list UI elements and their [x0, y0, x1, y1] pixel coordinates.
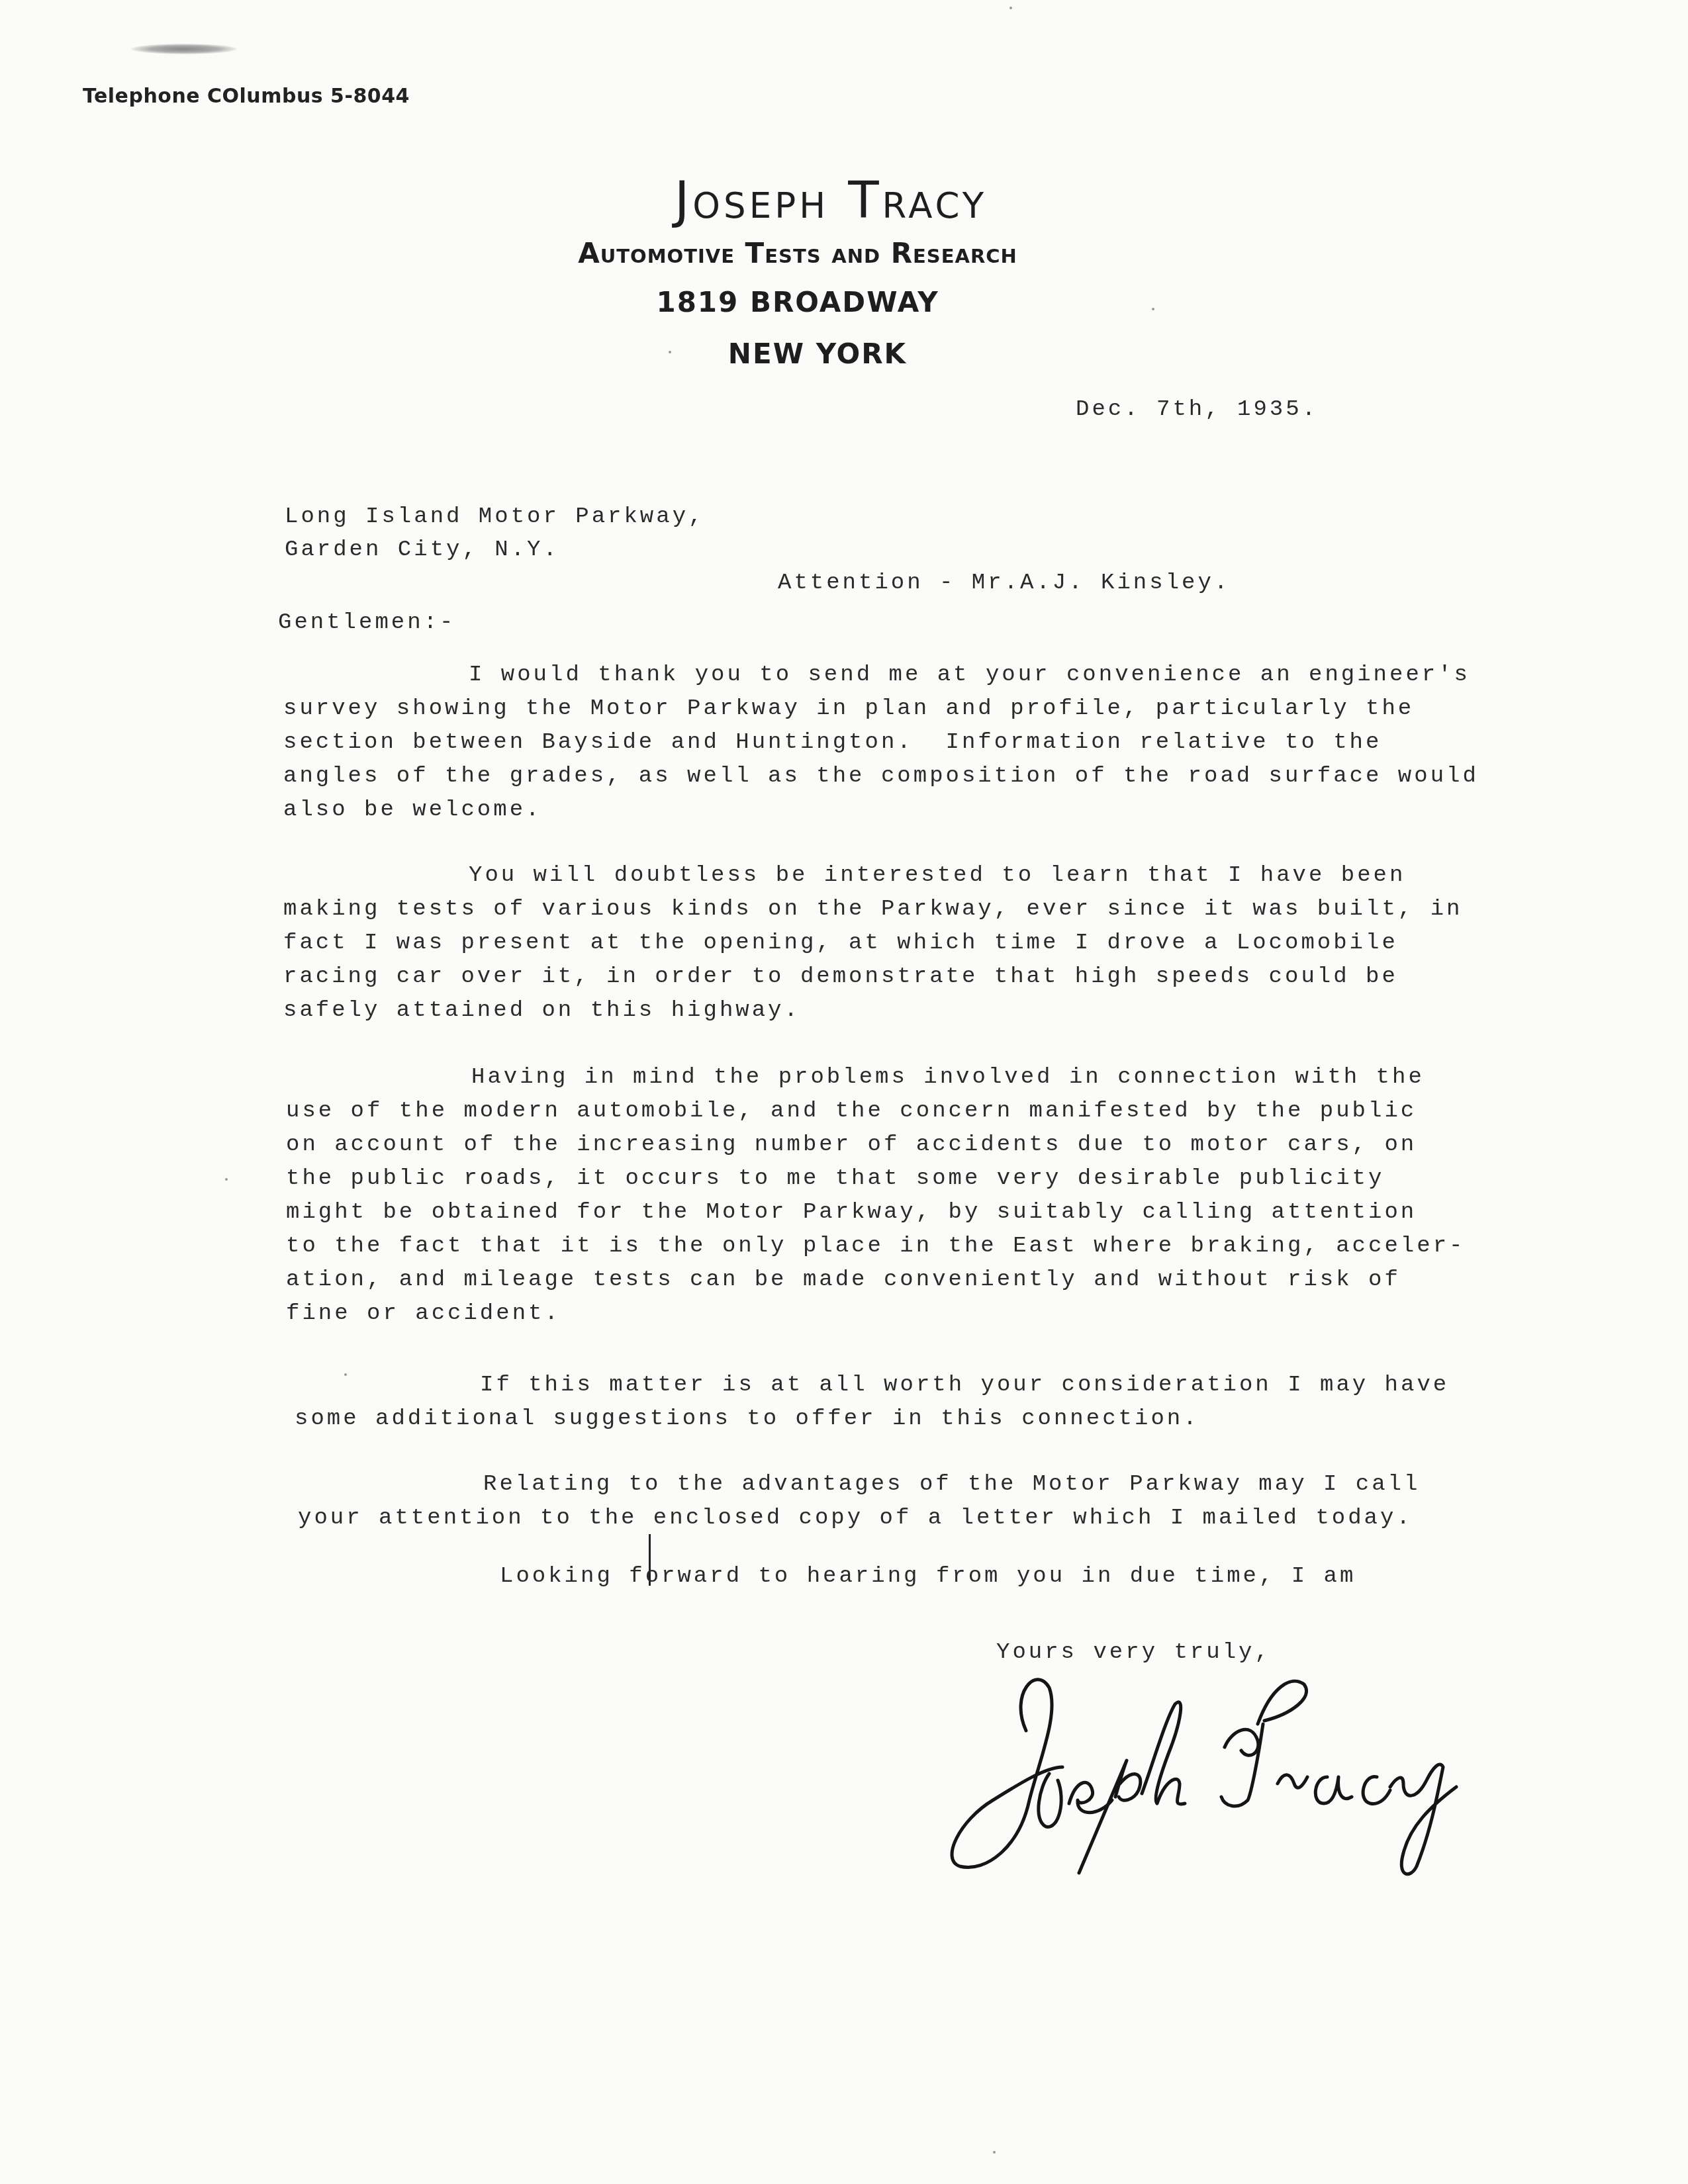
letterhead-street: 1819 BROADWAY [0, 286, 1642, 318]
paragraph-line: on account of the increasing number of a… [286, 1128, 1465, 1162]
handwritten-signature [947, 1668, 1681, 1880]
ink-smudge [131, 44, 237, 54]
paragraph-line: your attention to the enclosed copy of a… [298, 1502, 1420, 1535]
letterhead-name: Joseph Tracy [0, 171, 1675, 230]
paragraph-line: safely attained on this highway. [283, 994, 1462, 1028]
paragraph-line: Relating to the advantages of the Motor … [298, 1468, 1420, 1502]
letter-date: Dec. 7th, 1935. [1076, 397, 1318, 422]
salutation: Gentlemen:- [278, 610, 455, 635]
paragraph-line: also be welcome. [283, 794, 1479, 827]
paragraph-line: fact I was present at the opening, at wh… [283, 927, 1462, 960]
paragraph-line: Having in mind the problems involved in … [286, 1061, 1465, 1095]
paragraph-line: angles of the grades, as well as the com… [283, 760, 1479, 794]
paragraph-line: fine or accident. [286, 1297, 1465, 1331]
paragraph-line: to the fact that it is the only place in… [286, 1230, 1465, 1263]
paragraph-5: Relating to the advantages of the Motor … [298, 1468, 1420, 1535]
paragraph-line: ation, and mileage tests can be made con… [286, 1263, 1465, 1297]
letterhead-business: Automotive Tests and Research [0, 237, 1642, 269]
paragraph-line: use of the modern automobile, and the co… [286, 1095, 1465, 1128]
recipient-line-2: Garden City, N.Y. [285, 537, 559, 563]
letter-page: Telephone COlumbus 5-8044 Joseph Tracy A… [0, 0, 1688, 2184]
paragraph-line: section between Bayside and Huntington. … [283, 726, 1479, 760]
paragraph-line: survey showing the Motor Parkway in plan… [283, 692, 1479, 726]
paragraph-line: I would thank you to send me at your con… [283, 659, 1479, 692]
paper-speck [1152, 308, 1154, 310]
telephone-number: Telephone COlumbus 5-8044 [83, 85, 410, 108]
paragraph-line: If this matter is at all worth your cons… [295, 1369, 1449, 1402]
valediction: Yours very truly, [996, 1640, 1271, 1665]
paragraph-2: You will doubtless be interested to lear… [283, 859, 1462, 1028]
letterhead-city: NEW YORK [0, 338, 1662, 370]
closing-line: Looking forward to hearing from you in d… [500, 1564, 1356, 1589]
paragraph-line: racing car over it, in order to demonstr… [283, 960, 1462, 994]
recipient-line-1: Long Island Motor Parkway, [285, 504, 705, 529]
paragraph-line: some additional suggestions to offer in … [295, 1402, 1449, 1436]
paper-speck [344, 1373, 347, 1376]
paragraph-line: making tests of various kinds on the Par… [283, 893, 1462, 927]
paragraph-line: the public roads, it occurs to me that s… [286, 1162, 1465, 1196]
paper-speck [669, 351, 671, 353]
paper-speck [225, 1178, 228, 1181]
paragraph-line: You will doubtless be interested to lear… [283, 859, 1462, 893]
paragraph-4: If this matter is at all worth your cons… [295, 1369, 1449, 1436]
paragraph-1: I would thank you to send me at your con… [283, 659, 1479, 827]
paper-speck [1009, 7, 1012, 9]
paragraph-3: Having in mind the problems involved in … [286, 1061, 1465, 1331]
paper-speck [993, 2151, 996, 2154]
attention-line: Attention - Mr.A.J. Kinsley. [778, 570, 1230, 596]
paragraph-line: might be obtained for the Motor Parkway,… [286, 1196, 1465, 1230]
